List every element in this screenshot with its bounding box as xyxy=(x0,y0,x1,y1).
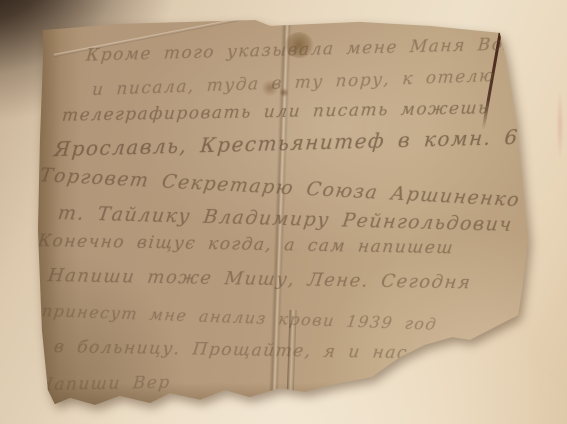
photograph-of-letter: Кроме того указывала мене Маня Вол и пис… xyxy=(0,0,567,424)
handwriting-line: Напиши Вер xyxy=(37,373,171,395)
torn-letter-paper: Кроме того указывала мене Маня Вол и пис… xyxy=(36,18,532,410)
handwriting-line: и писала, туда в ту пору, к отелю xyxy=(91,66,496,100)
handwriting-line: телеграфировать или писать можешь xyxy=(61,98,490,125)
handwriting-line: принесут мне анализ крови 1939 год xyxy=(41,301,439,334)
handwriting-line: Напиши тоже Мишу, Лене. Сегодня xyxy=(47,265,473,293)
handwriting-line: Конечно віщує когда, а сам напишеш xyxy=(37,231,455,258)
paper-shadow-wrapper: Кроме того указывала мене Маня Вол и пис… xyxy=(36,18,532,410)
pink-reflection-streak xyxy=(556,88,564,162)
handwriting-line: в больницу. Прощайте, я и нас xyxy=(53,337,409,363)
handwriting-line: Кроме того указывала мене Маня Вол xyxy=(85,34,516,65)
